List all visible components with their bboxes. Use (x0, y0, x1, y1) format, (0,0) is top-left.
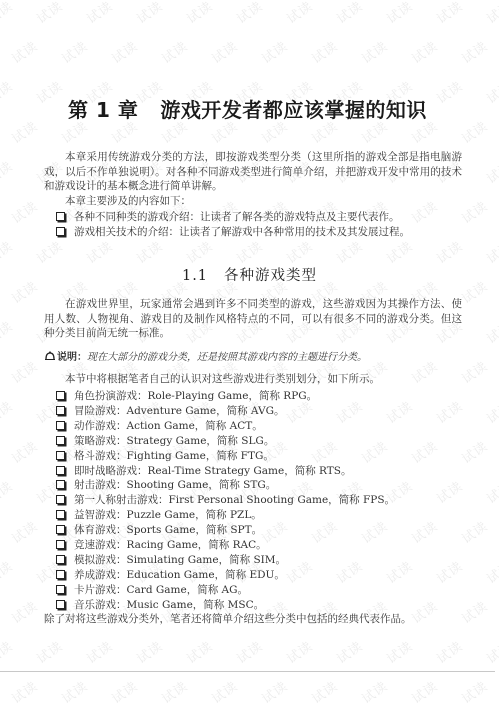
game-type-item: 益智游戏：Puzzle Game，简称 PZL。 (56, 508, 262, 522)
checkbox-bullet-icon (56, 406, 65, 415)
list-intro: 本节中将根据笔者自己的认识对这些游戏进行类别划分，如下所示。 (44, 372, 462, 387)
checkbox-bullet-icon (56, 436, 65, 445)
game-type-text: 冒险游戏：Adventure Game，简称 AVG。 (74, 405, 284, 417)
note-text: 现在大部分的游戏分类，还是按照其游戏内容的主题进行分类。 (87, 352, 367, 363)
intro-paragraph: 本章采用传统游戏分类的方法，即按游戏类型分类（这里所指的游戏全部是指电脑游戏，以… (44, 150, 462, 194)
game-type-item: 格斗游戏：Fighting Game，简称 FTG。 (56, 449, 274, 463)
game-type-item: 体育游戏：Sports Game，简称 SPT。 (56, 523, 262, 537)
contents-item: 游戏相关技术的介绍：让读者了解游戏中各种常用的技术及其发展过程。 (56, 225, 410, 239)
checkbox-bullet-icon (56, 585, 65, 594)
game-type-item: 动作游戏：Action Game，简称 ACT。 (56, 419, 263, 433)
game-type-item: 射击游戏：Shooting Game，简称 STG。 (56, 478, 276, 492)
chapter-title-text: 游戏开发者都应该掌握的知识 (160, 98, 427, 122)
game-type-item: 冒险游戏：Adventure Game，简称 AVG。 (56, 404, 284, 418)
game-type-item: 策略游戏：Strategy Game，简称 SLG。 (56, 434, 274, 448)
checkbox-bullet-icon (56, 600, 65, 609)
game-type-text: 角色扮演游戏：Role-Playing Game，简称 RPG。 (74, 390, 317, 402)
game-type-item: 模拟游戏：Simulating Game，简称 SIM。 (56, 553, 286, 567)
page-bottom-rule (0, 671, 495, 672)
game-type-text: 射击游戏：Shooting Game，简称 STG。 (74, 479, 276, 491)
game-type-text: 养成游戏：Education Game，简称 EDU。 (74, 569, 285, 581)
game-type-item: 角色扮演游戏：Role-Playing Game，简称 RPG。 (56, 389, 317, 403)
game-type-text: 音乐游戏：Music Game，简称 MSC。 (74, 599, 264, 611)
section-paragraph: 在游戏世界里，玩家通常会遇到许多不同类型的游戏，这些游戏因为其操作方法、使用人数… (44, 297, 462, 341)
contents-item: 各种不同种类的游戏介绍：让读者了解各类的游戏特点及主要代表作。 (56, 210, 400, 224)
game-type-item: 即时战略游戏：Real-Time Strategy Game，简称 RTS。 (56, 464, 351, 478)
game-type-text: 卡片游戏：Card Game，简称 AG。 (74, 584, 248, 596)
contents-heading: 本章主要涉及的内容如下： (44, 194, 462, 209)
document-page: 第 1 章游戏开发者都应该掌握的知识 本章采用传统游戏分类的方法，即按游戏类型分… (0, 0, 499, 706)
game-type-text: 策略游戏：Strategy Game，简称 SLG。 (74, 435, 274, 447)
game-type-item: 卡片游戏：Card Game，简称 AG。 (56, 583, 248, 597)
checkbox-bullet-icon (56, 227, 65, 236)
section-heading: 1.1各种游戏类型 (0, 264, 499, 285)
checkbox-bullet-icon (56, 540, 65, 549)
closing-paragraph: 除了对将这些游戏分类外，笔者还将简单介绍这些分类中包括的经典代表作品。 (44, 612, 462, 627)
game-type-item: 养成游戏：Education Game，简称 EDU。 (56, 568, 285, 582)
note-hand-icon (44, 351, 56, 361)
checkbox-bullet-icon (56, 555, 65, 564)
section-title-text: 各种游戏类型 (224, 268, 317, 284)
game-type-text: 动作游戏：Action Game，简称 ACT。 (74, 420, 263, 432)
checkbox-bullet-icon (56, 525, 65, 534)
game-type-text: 即时战略游戏：Real-Time Strategy Game，简称 RTS。 (74, 465, 351, 477)
checkbox-bullet-icon (56, 480, 65, 489)
game-type-text: 竞速游戏：Racing Game，简称 RAC。 (74, 539, 267, 551)
checkbox-bullet-icon (56, 510, 65, 519)
checkbox-bullet-icon (56, 466, 65, 475)
checkbox-bullet-icon (56, 391, 65, 400)
checkbox-bullet-icon (56, 451, 65, 460)
note-label: 说明： (57, 352, 87, 363)
chapter-title: 第 1 章游戏开发者都应该掌握的知识 (68, 94, 427, 123)
game-type-text: 模拟游戏：Simulating Game，简称 SIM。 (74, 554, 286, 566)
game-type-text: 格斗游戏：Fighting Game，简称 FTG。 (74, 450, 274, 462)
checkbox-bullet-icon (56, 495, 65, 504)
checkbox-bullet-icon (56, 212, 65, 221)
game-type-item: 音乐游戏：Music Game，简称 MSC。 (56, 598, 264, 612)
game-type-item: 竞速游戏：Racing Game，简称 RAC。 (56, 538, 267, 552)
game-type-text: 益智游戏：Puzzle Game，简称 PZL。 (74, 509, 262, 521)
chapter-number: 第 1 章 (68, 98, 138, 122)
checkbox-bullet-icon (56, 421, 65, 430)
checkbox-bullet-icon (56, 570, 65, 579)
game-type-text: 第一人称射击游戏：First Personal Shooting Game，简称… (74, 494, 395, 506)
game-type-text: 体育游戏：Sports Game，简称 SPT。 (74, 524, 262, 536)
note-callout: 说明：现在大部分的游戏分类，还是按照其游戏内容的主题进行分类。 (44, 348, 367, 363)
game-type-item: 第一人称射击游戏：First Personal Shooting Game，简称… (56, 493, 395, 507)
section-number: 1.1 (182, 268, 208, 284)
